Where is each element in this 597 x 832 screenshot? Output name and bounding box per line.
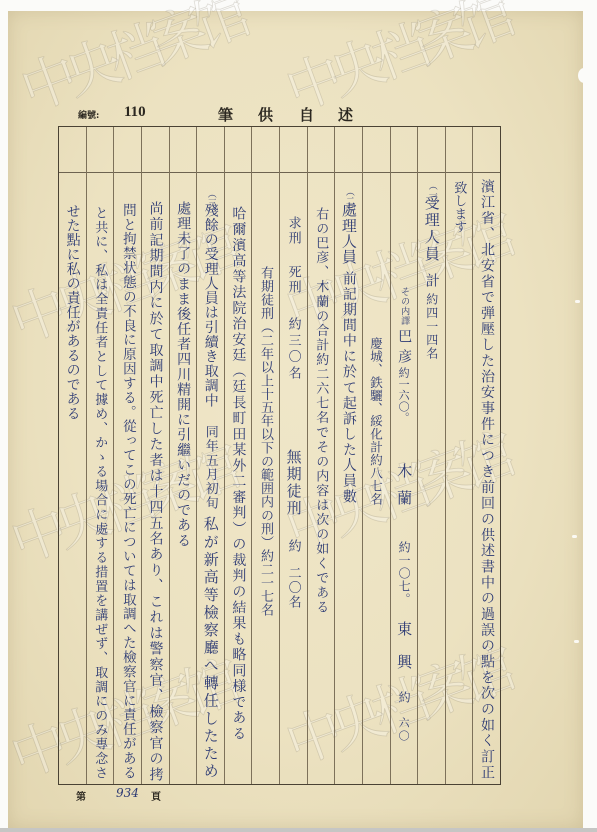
text-column: （三） 殘餘の受理人員は引續き取調中 同年五月初旬 私が新高等檢察廳へ轉任したた… <box>196 127 224 784</box>
handwritten-text: せた點に私の責任があるのである <box>59 204 86 420</box>
handwritten-text: 巴彦 <box>391 329 418 363</box>
text-column: せた點に私の責任があるのである <box>59 127 86 784</box>
text-column: （一） 受理人員 計 約四一四名 <box>417 127 445 784</box>
section-heading: 處理人員 <box>335 202 362 264</box>
handwritten-text: 二〇名 <box>280 566 307 608</box>
text-column: と共に、私は全責任者として據め、かゝる場合に處する措置を講ぜず、取調にのみ專念さ <box>86 127 114 784</box>
handwritten-text: 致します <box>446 181 473 233</box>
handwritten-text: 約四一四名 <box>418 293 445 359</box>
text-column: 求刑 死刑 約三〇名 無期徒刑 約 二〇名 <box>279 127 307 784</box>
text-column: 右の巴彦、木蘭の合計約二六七名でその内容は次の如くである <box>307 127 335 784</box>
text-column: 哈爾濱高等法院治安廷（廷長町田某外二審判）の裁判の結果も略同様である <box>224 127 252 784</box>
page-suffix: 頁 <box>151 788 161 803</box>
handwritten-text: 死刑 <box>280 265 307 293</box>
serial-number: 110 <box>124 104 146 121</box>
section-heading: 受理人員 <box>418 195 445 261</box>
scan-bottom-edge <box>0 828 597 832</box>
handwritten-text: 右の巴彦、木蘭の合計約二六七名でその内容は次の如くである <box>308 207 335 613</box>
text-column: その内譯 巴彦 約一六〇。 木蘭 約一〇七。 東興 約 六〇 <box>390 127 418 784</box>
handwritten-text: 私が新高等檢察廳へ轉任したため <box>197 516 224 778</box>
handwritten-text: 約一六〇。 <box>391 367 418 423</box>
page-number: 934 <box>116 786 139 800</box>
form-title-char: 筆 <box>218 104 233 125</box>
handwritten-text: 計 <box>418 273 445 287</box>
handwritten-text: 問と拘禁状態の不良に原因する。從ってこの死亡については取調へた檢察官に責任がある <box>114 203 141 779</box>
text-column: 問と拘禁状態の不良に原因する。從ってこの死亡については取調へた檢察官に責任がある <box>113 127 141 784</box>
handwritten-text: 同年五月初旬 <box>197 425 224 509</box>
handwritten-text: 約 <box>391 691 418 703</box>
handwritten-text: 尚前記期間内に於て取調中死亡した者は十四五名あり、これは警察官、檢察官の拷 <box>142 201 169 781</box>
form-title-char: 自 <box>299 104 314 125</box>
handwritten-text: 無期徒刑 <box>280 449 307 515</box>
handwritten-text: 濱江省、北安省で弾壓した治安事件につき前回の供述書中の過誤の點を次の如く訂正 <box>473 179 500 779</box>
text-column: 處理未了のまま後任者四川精開に引繼いだのである <box>169 127 197 784</box>
paper-edge-notch <box>578 68 590 83</box>
form-title-char: 供 <box>258 104 273 125</box>
text-column: 慶城、鉄驪、綏化計約八七名 <box>362 127 390 784</box>
paper-wear-mark <box>572 535 577 538</box>
text-column: 濱江省、北安省で弾壓した治安事件につき前回の供述書中の過誤の點を次の如く訂正 <box>472 127 500 784</box>
paper-wear-mark <box>575 300 580 303</box>
paper-wear-mark <box>574 640 579 643</box>
text-column: 有期徒刑（二年以上十五年以下の範囲内の刑）約二一七名 <box>251 127 279 784</box>
serial-label: 編號: <box>78 108 99 121</box>
handwritten-text: 六〇 <box>391 717 418 741</box>
handwritten-text: その内譯 <box>391 287 418 325</box>
handwritten-text: 約三〇名 <box>280 317 307 379</box>
handwritten-text: 殘餘の受理人員は引續き取調中 <box>197 203 224 407</box>
form-title-char: 述 <box>338 104 353 125</box>
handwritten-text: 前記期間中に於て起訴した人員數 <box>335 271 362 503</box>
handwritten-text: 約 <box>280 539 307 552</box>
text-column: 尚前記期間内に於て取調中死亡した者は十四五名あり、これは警察官、檢察官の拷 <box>141 127 169 784</box>
handwritten-text: 處理未了のまま後任者四川精開に引繼いだのである <box>170 201 197 547</box>
text-column: （二） 處理人員 前記期間中に於て起訴した人員數 <box>334 127 362 784</box>
handwritten-text: 慶城、鉄驪、綏化計約八七名 <box>363 337 390 505</box>
handwritten-text: と共に、私は全責任者として據め、かゝる場合に處する措置を講ぜず、取調にのみ專念さ <box>87 206 114 779</box>
handwritten-text: 求刑 <box>280 216 307 244</box>
page-prefix: 第 <box>76 788 86 803</box>
handwritten-text: 木蘭 <box>391 463 418 505</box>
handwritten-text: 東興 <box>391 621 418 669</box>
handwritten-text: 哈爾濱高等法院治安廷（廷長町田某外二審判）の裁判の結果も略同様である <box>225 206 252 740</box>
handwritten-text: 有期徒刑（二年以上十五年以下の範囲内の刑）約二一七名 <box>252 266 279 616</box>
text-column: 致します <box>445 127 473 784</box>
handwritten-text: 約一〇七。 <box>391 541 418 605</box>
ruled-form-grid: 濱江省、北安省で弾壓した治安事件につき前回の供述書中の過誤の點を次の如く訂正 致… <box>58 126 501 785</box>
